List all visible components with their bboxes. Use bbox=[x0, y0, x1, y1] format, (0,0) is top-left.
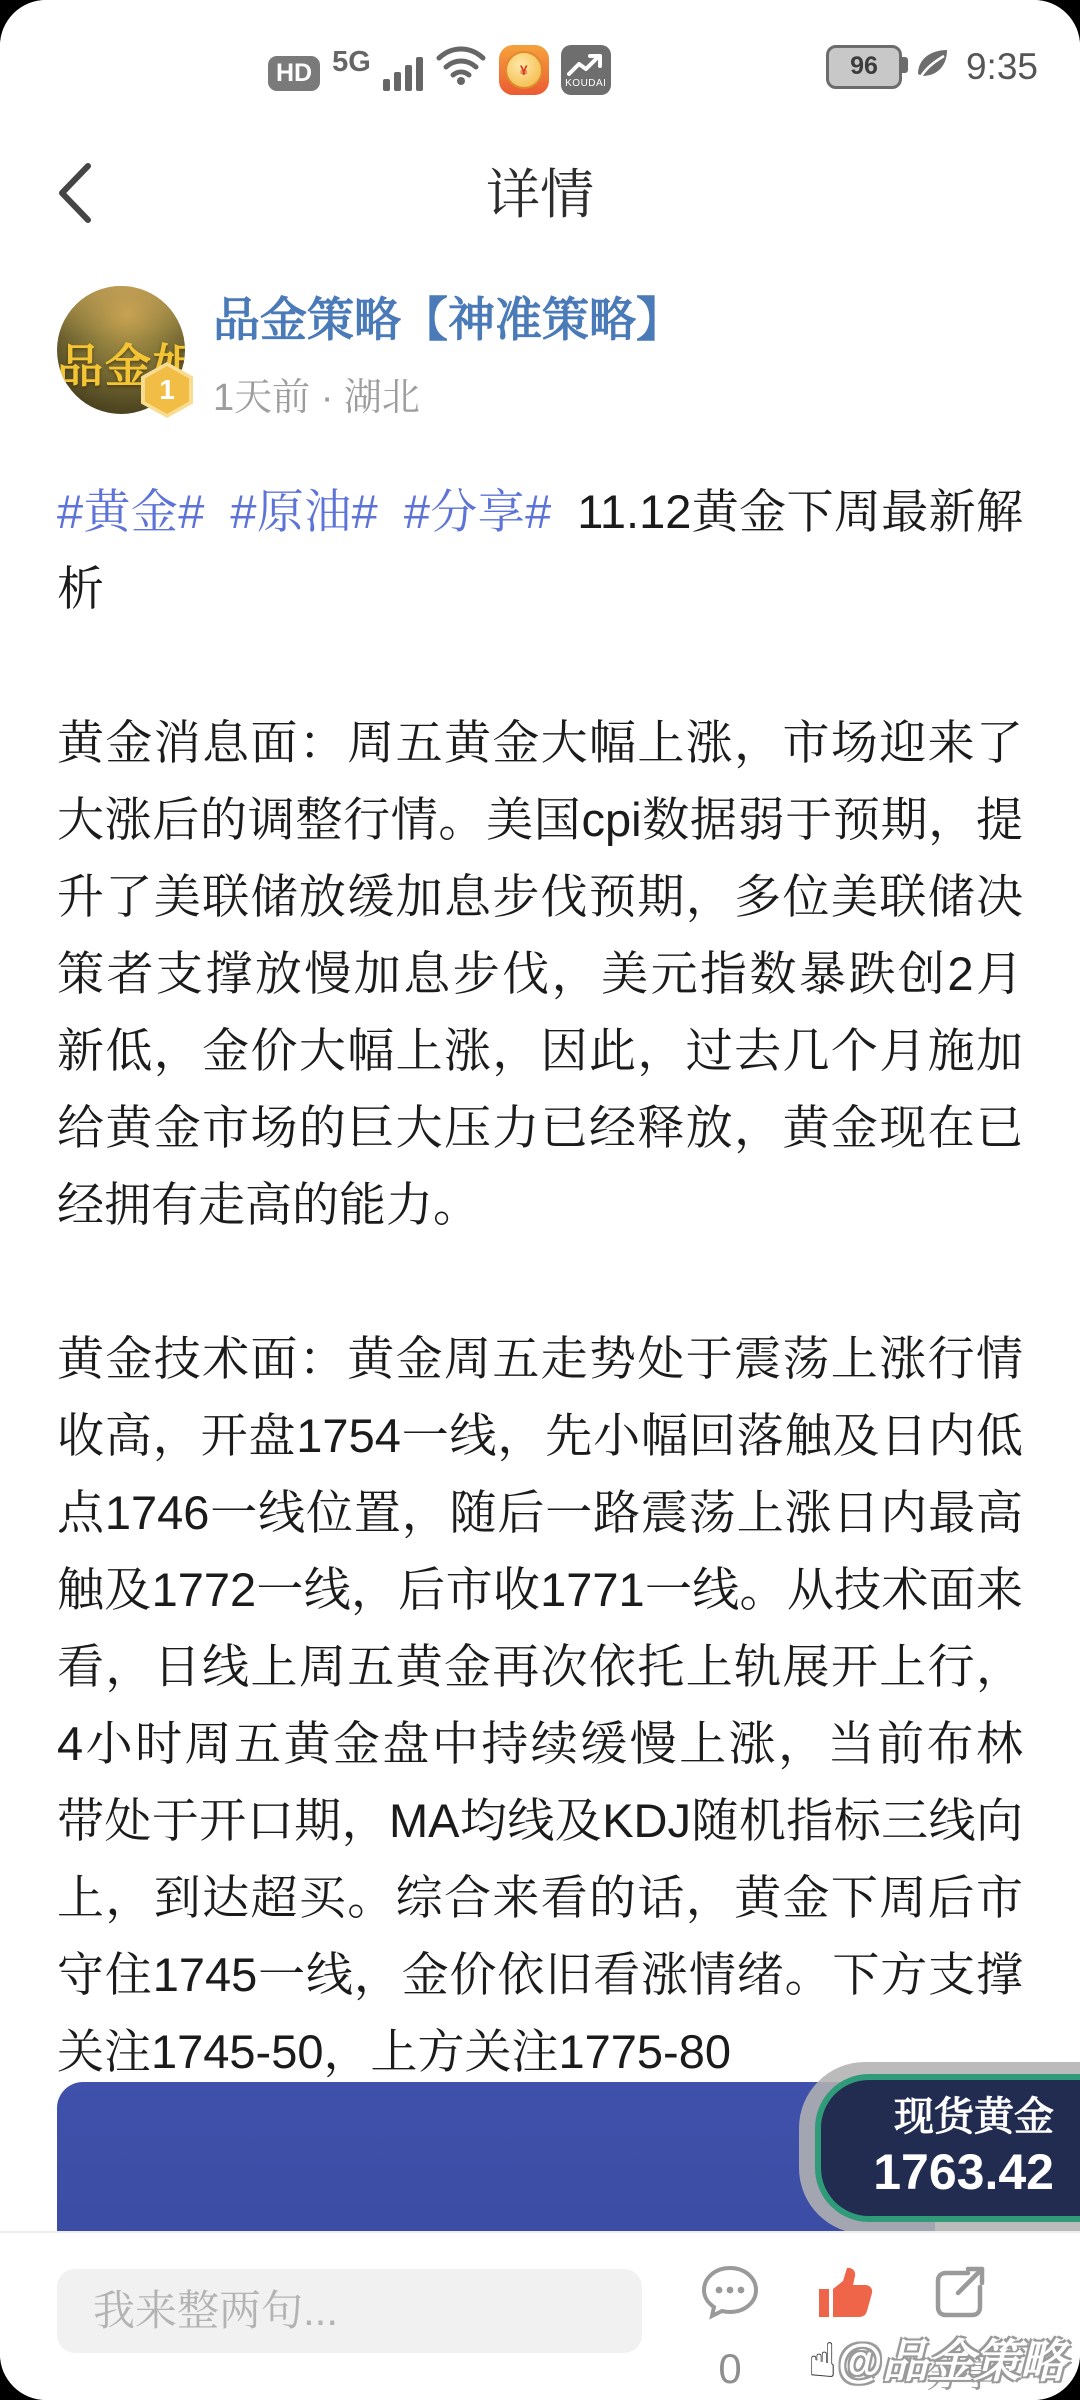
signal-bars-icon bbox=[383, 57, 423, 91]
hashtag-share[interactable]: #分享# bbox=[404, 485, 551, 538]
status-left-cluster: HD 5G ¥ KOUDAI bbox=[268, 42, 611, 91]
watermark-handle: @品金策略 bbox=[837, 2335, 1066, 2387]
spot-gold-value: 1763.42 bbox=[873, 2142, 1054, 2202]
comment-button[interactable] bbox=[698, 2263, 762, 2326]
post-meta: 1天前 · 湖北 bbox=[213, 366, 683, 421]
battery-level: 96 bbox=[850, 52, 878, 81]
like-button[interactable] bbox=[812, 2263, 876, 2328]
bottom-bar: 0 分享 ☝@品金策略 bbox=[0, 2231, 1080, 2400]
battery-icon: 96 bbox=[826, 45, 902, 89]
coin-app-icon: ¥ bbox=[499, 45, 549, 95]
avatar[interactable]: 品金姐 1 bbox=[57, 286, 185, 414]
post-body: #黄金##原油##分享#11.12黄金下周最新解析 黄金消息面：周五黄金大幅上涨… bbox=[57, 473, 1023, 2090]
post-paragraph-1: 黄金消息面：周五黄金大幅上涨，市场迎来了大涨后的调整行情。美国cpi数据弱于预期… bbox=[57, 704, 1023, 1243]
share-icon bbox=[930, 2308, 990, 2325]
pointing-hand-icon: ☝ bbox=[808, 2335, 837, 2388]
spot-gold-badge: 现货黄金 1763.42 bbox=[799, 2062, 1080, 2234]
nav-bar: 详情 bbox=[0, 118, 1080, 268]
chart-app-caption: KOUDAI bbox=[565, 79, 606, 89]
chart-app-icon: KOUDAI bbox=[561, 45, 611, 95]
comment-count: 0 bbox=[698, 2345, 762, 2393]
share-button[interactable] bbox=[928, 2263, 992, 2326]
status-bar: HD 5G ¥ KOUDAI bbox=[0, 0, 1080, 100]
clock-time: 9:35 bbox=[966, 46, 1038, 88]
hashtag-crude-oil[interactable]: #原油# bbox=[230, 485, 377, 538]
comment-icon bbox=[699, 2308, 761, 2325]
comment-composer[interactable] bbox=[57, 2269, 642, 2353]
post-title-paragraph: #黄金##原油##分享#11.12黄金下周最新解析 bbox=[57, 473, 1023, 627]
network-5g-label: 5G bbox=[332, 48, 371, 77]
eco-leaf-icon bbox=[912, 44, 952, 89]
hashtag-gold[interactable]: #黄金# bbox=[57, 485, 204, 538]
watermark: ☝@品金策略 bbox=[808, 2325, 1066, 2391]
wifi-icon bbox=[435, 42, 487, 91]
author-name[interactable]: 品金策略【神准策略】 bbox=[213, 292, 683, 348]
phone-screen: HD 5G ¥ KOUDAI bbox=[0, 0, 1080, 2400]
post-paragraph-2: 黄金技术面：黄金周五走势处于震荡上涨行情收高，开盘1754一线，先小幅回落触及日… bbox=[57, 1320, 1023, 2090]
post-header: 品金姐 1 品金策略【神准策略】 1天前 · 湖北 bbox=[57, 286, 1023, 421]
status-right-cluster: 96 9:35 bbox=[826, 44, 1038, 89]
spot-gold-label: 现货黄金 bbox=[873, 2092, 1054, 2142]
page-title: 详情 bbox=[0, 152, 1080, 229]
post-detail: 品金姐 1 品金策略【神准策略】 1天前 · 湖北 #黄金##原油##分享#11… bbox=[57, 286, 1023, 2090]
comment-input[interactable] bbox=[57, 2269, 642, 2353]
hd-badge: HD bbox=[268, 56, 320, 91]
